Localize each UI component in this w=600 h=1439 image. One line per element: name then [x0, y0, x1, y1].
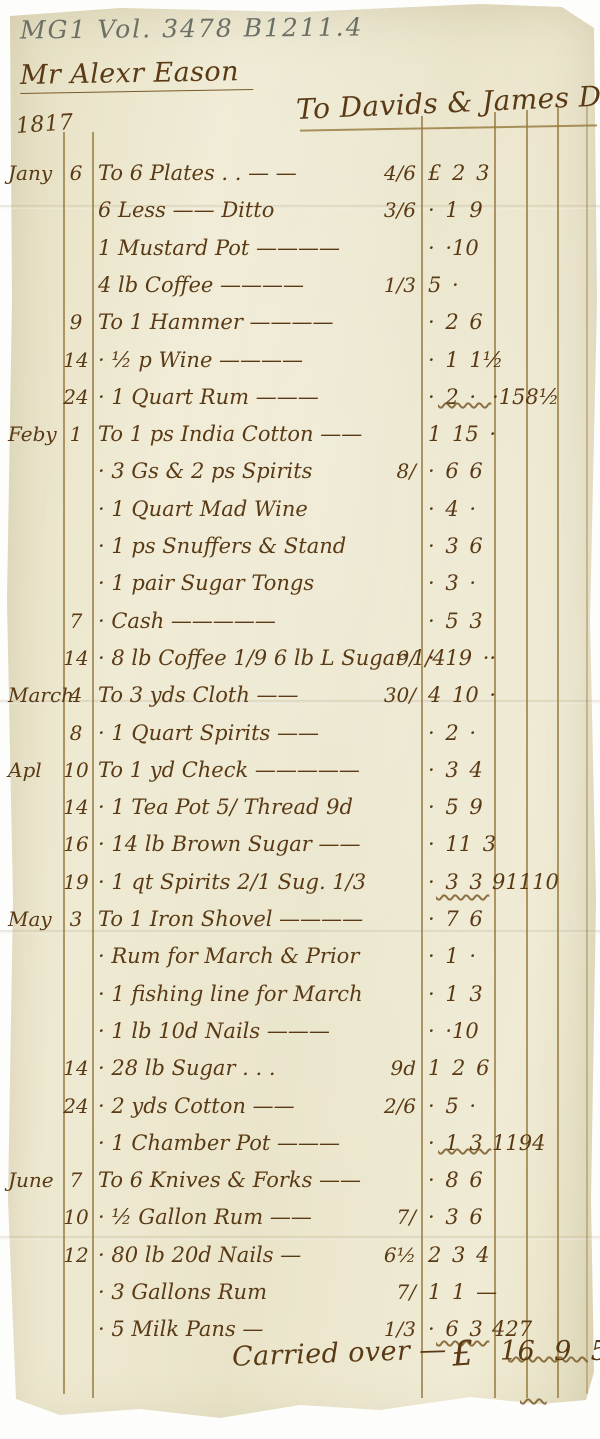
entry-day: 14 [62, 790, 90, 824]
entry-unit-price: 8/ [336, 454, 416, 488]
ink-squiggle: mmmm [438, 390, 496, 405]
entry-month: March [8, 678, 62, 712]
entry-description: · 3 Gs & 2 ps Spirits [98, 454, 312, 488]
ledger-row: 12 · 80 lb 20d Nails — 6½ 2 3 4 [0, 1238, 600, 1272]
entry-description: To 1 yd Check ————— [98, 753, 360, 787]
entry-day: 16 [62, 827, 90, 861]
entry-description: 4 lb Coffee ———— [98, 268, 304, 302]
entry-month: May [8, 902, 62, 936]
entry-amount: · 2 · [428, 716, 510, 750]
entry-day: 14 [62, 641, 90, 675]
entry-day: 10 [62, 1200, 90, 1234]
entry-amount: · 1 9 [428, 193, 510, 227]
ledger-row: 24 · 1 Quart Rum ——— · 2 · ·158½ [0, 380, 600, 414]
entry-amount: · 3 6 [428, 1200, 510, 1234]
entry-amount: · 3 · [428, 566, 510, 600]
entry-unit-price: 6½ [336, 1238, 416, 1272]
entry-description: To 1 Hammer ———— [98, 305, 334, 339]
entry-amount: · 4 · [428, 492, 510, 526]
archive-reference-note: MG1 Vol. 3478 B1211.4 [20, 13, 364, 45]
entry-unit-price: 2/6 [336, 1089, 416, 1123]
entry-subtotal: ·158½ [492, 380, 596, 416]
entry-amount: · 1 3 [428, 977, 510, 1011]
entry-amount: · 6 6 [428, 454, 510, 488]
entry-description: · 1 ps Snuffers & Stand [98, 529, 346, 563]
ink-squiggle: mmmm [436, 882, 494, 897]
entry-description: · 1 Chamber Pot ——— [98, 1126, 340, 1160]
entry-description: To 6 Plates . . — — [98, 156, 297, 190]
ledger-row: 14 · 8 lb Coffee 1/9 6 lb L Sugar 1/4 9/… [0, 641, 600, 675]
ledger-row: 14 · ½ p Wine ———— · 1 1½ [0, 343, 600, 377]
entry-day: 4 [62, 678, 90, 712]
entry-month: Jany [8, 156, 62, 190]
ledger-row: 19 · 1 qt Spirits 2/1 Sug. 1/3 · 3 3 911… [0, 865, 600, 899]
entry-unit-price: 1/3 [336, 268, 416, 302]
entry-description: · 1 Quart Rum ——— [98, 380, 319, 414]
entry-day: 14 [62, 1051, 90, 1085]
entry-description: · 2 yds Cotton —— [98, 1089, 295, 1123]
ledger-row: 24 · 2 yds Cotton —— 2/6 · 5 · [0, 1089, 600, 1123]
entry-unit-price: 7/ [336, 1275, 416, 1309]
entry-amount: · 8 6 [428, 1163, 510, 1197]
entry-day: 9 [62, 305, 90, 339]
entry-day: 8 [62, 716, 90, 750]
entry-description: · 3 Gallons Rum [98, 1275, 267, 1309]
ledger-row: June 7 To 6 Knives & Forks —— · 8 6 [0, 1163, 600, 1197]
ledger-row: 1 Mustard Pot ———— · ·10 [0, 231, 600, 265]
entry-description: · ½ Gallon Rum —— [98, 1200, 312, 1234]
entry-description: · 1 lb 10d Nails ——— [98, 1014, 330, 1048]
entry-description: To 3 yds Cloth —— [98, 678, 299, 712]
entry-unit-price: 30/ [336, 678, 416, 712]
entry-amount: 2 3 4 [428, 1238, 510, 1272]
entry-description: · ½ p Wine ———— [98, 343, 303, 377]
entry-unit-price: 7/ [336, 1200, 416, 1234]
entry-description: · 14 lb Brown Sugar —— [98, 827, 360, 861]
entry-amount: · ·10 [428, 231, 510, 265]
entry-amount: 4 10 · [428, 678, 510, 712]
carried-over-total: 16 9 5¼ [500, 1336, 600, 1367]
ledger-row: 10 · ½ Gallon Rum —— 7/ · 3 6 [0, 1200, 600, 1234]
entry-description: · 1 Tea Pot 5/ Thread 9d [98, 790, 353, 824]
entry-amount: · 1 · [428, 939, 510, 973]
entry-amount: · 11 3 [428, 827, 510, 861]
ledger-row: · 3 Gs & 2 ps Spirits 8/ · 6 6 [0, 454, 600, 488]
ledger-row: May 3 To 1 Iron Shovel ———— · 7 6 [0, 902, 600, 936]
entry-unit-price: 9/ [336, 641, 416, 675]
entry-description: · Rum for March & Prior [98, 939, 359, 973]
ledger-row: 14 · 28 lb Sugar . . . 9d 1 2 6 [0, 1051, 600, 1085]
entry-unit-price: 9d [336, 1051, 416, 1085]
entry-day: 10 [62, 753, 90, 787]
entry-month: Apl [8, 753, 62, 787]
ledger-row: · 1 Chamber Pot ——— · 1 3 1194 [0, 1126, 600, 1160]
ledger-row: 9 To 1 Hammer ———— · 2 6 [0, 305, 600, 339]
entry-description: · 1 fishing line for March [98, 977, 363, 1011]
entry-description: · Cash ————— [98, 604, 276, 638]
ledger-row: Jany 6 To 6 Plates . . — — 4/6 £ 2 3 [0, 156, 600, 190]
entry-amount: · 5 9 [428, 790, 510, 824]
entry-description: · 1 qt Spirits 2/1 Sug. 1/3 [98, 865, 366, 899]
document-scan: MG1 Vol. 3478 B1211.4 Mr Alexr Eason 181… [0, 0, 600, 1439]
entry-day: 6 [62, 156, 90, 190]
entry-amount: · 3 6 [428, 529, 510, 563]
entry-amount: · 5 · [428, 1089, 510, 1123]
entry-description: · 28 lb Sugar . . . [98, 1051, 276, 1085]
ledger-row: 16 · 14 lb Brown Sugar —— · 11 3 [0, 827, 600, 861]
entry-description: 1 Mustard Pot ———— [98, 231, 340, 265]
ledger-row: 4 lb Coffee ———— 1/3 5 · [0, 268, 600, 302]
ledger-row: · 1 ps Snuffers & Stand · 3 6 [0, 529, 600, 563]
ledger-row: · 1 lb 10d Nails ——— · ·10 [0, 1014, 600, 1048]
entry-unit-price: 4/6 [336, 156, 416, 190]
entry-amount: · ·10 [428, 1014, 510, 1048]
entry-subtotal: 1194 [492, 1126, 596, 1162]
entry-description: · 1 Quart Spirits —— [98, 716, 319, 750]
ledger-row: · 1 fishing line for March · 1 3 [0, 977, 600, 1011]
entry-amount: £ 2 3 [428, 156, 510, 190]
entry-day: 12 [62, 1238, 90, 1272]
entry-amount: 1 15 · [428, 417, 510, 451]
entry-subtotal: 91110 [492, 865, 596, 901]
entry-day: 3 [62, 902, 90, 936]
ledger-row: · 1 Quart Mad Wine · 4 · [0, 492, 600, 526]
entry-month: June [8, 1163, 62, 1197]
entry-amount: · 2 6 [428, 305, 510, 339]
entry-day: 1 [62, 417, 90, 451]
ledger-row: · 3 Gallons Rum 7/ 1 1 — [0, 1275, 600, 1309]
ledger-row: Apl 10 To 1 yd Check ————— · 3 4 [0, 753, 600, 787]
entry-description: · 1 Quart Mad Wine [98, 492, 308, 526]
entry-day: 7 [62, 1163, 90, 1197]
ledger-row: 8 · 1 Quart Spirits —— · 2 · [0, 716, 600, 750]
entry-description: To 1 Iron Shovel ———— [98, 902, 363, 936]
entry-amount: · 3 4 [428, 753, 510, 787]
pound-sign: £ [451, 1333, 476, 1374]
ledger-row: Feby 1 To 1 ps India Cotton —— 1 15 · [0, 417, 600, 451]
entry-amount: 5 · [428, 268, 510, 302]
entry-amount: 1 2 6 [428, 1051, 510, 1085]
entry-description: To 1 ps India Cotton —— [98, 417, 362, 451]
ledger-row: March 4 To 3 yds Cloth —— 30/ 4 10 · [0, 678, 600, 712]
entry-description: · 80 lb 20d Nails — [98, 1238, 301, 1272]
entry-day: 7 [62, 604, 90, 638]
entry-description: · 1 pair Sugar Tongs [98, 566, 314, 600]
ledger-row: 7 · Cash ————— · 5 3 [0, 604, 600, 638]
year-label: 1817 [15, 110, 74, 139]
entry-unit-price: 3/6 [336, 193, 416, 227]
entry-description: To 6 Knives & Forks —— [98, 1163, 361, 1197]
entry-amount: · 1 1½ [428, 343, 510, 377]
ledger-row: 14 · 1 Tea Pot 5/ Thread 9d · 5 9 [0, 790, 600, 824]
account-holder-name: Mr Alexr Eason [20, 56, 253, 94]
entry-day: 19 [62, 865, 90, 899]
ledger-row: 6 Less —— Ditto 3/6 · 1 9 [0, 193, 600, 227]
entry-day: 14 [62, 343, 90, 377]
entry-amount: · 7 6 [428, 902, 510, 936]
ledger-row: · Rum for March & Prior · 1 · [0, 939, 600, 973]
entry-day: 24 [62, 380, 90, 414]
entry-amount: · 19 ·· [428, 641, 510, 675]
ledger-row: · 1 pair Sugar Tongs · 3 · [0, 566, 600, 600]
ink-squiggle: mmmm [438, 1136, 493, 1151]
entry-month: Feby [8, 417, 62, 451]
entry-amount: 1 1 — [428, 1275, 510, 1309]
ink-squiggle: mm [520, 1386, 560, 1401]
entry-amount: · 5 3 [428, 604, 510, 638]
entry-description: 6 Less —— Ditto [98, 193, 274, 227]
entry-day: 24 [62, 1089, 90, 1123]
